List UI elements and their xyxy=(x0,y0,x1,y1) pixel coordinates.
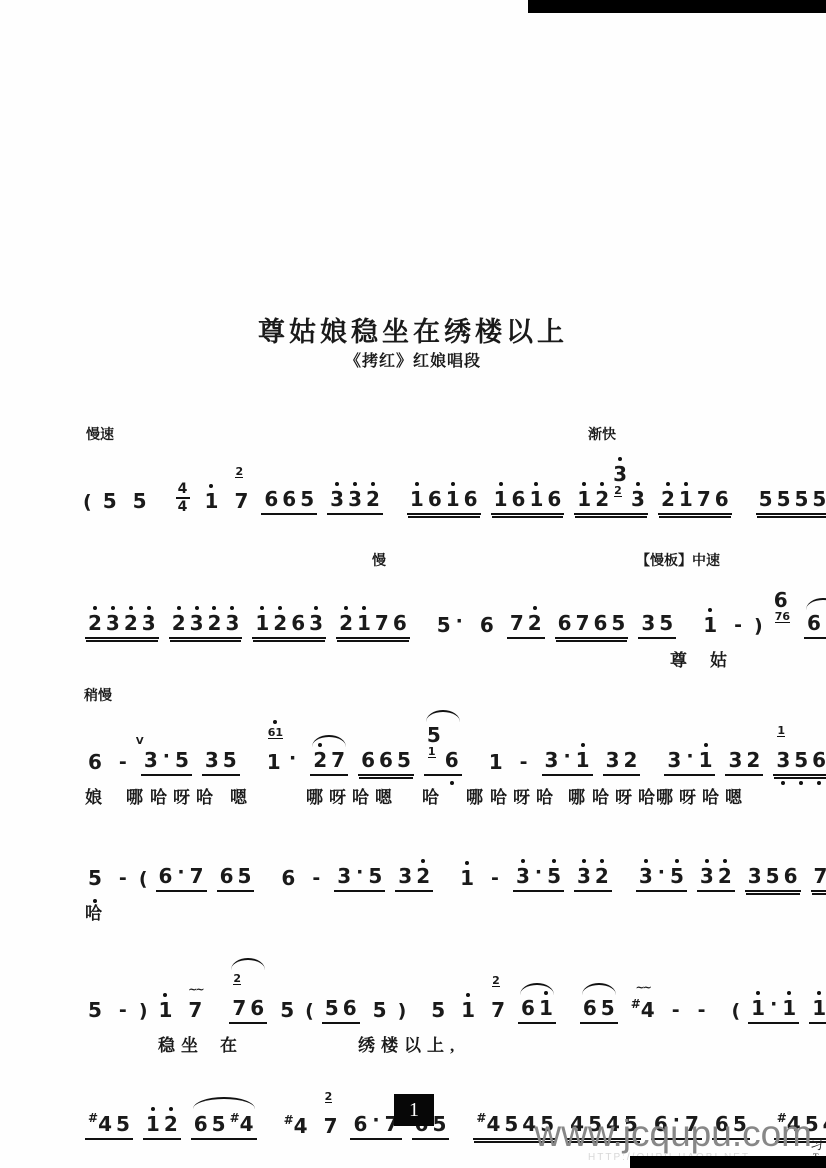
note: 1 xyxy=(492,489,510,510)
note: 3 xyxy=(604,750,622,771)
octave-dot-below xyxy=(817,781,821,785)
note: 5 xyxy=(657,613,675,634)
note-digit: 7 xyxy=(232,996,246,1020)
note-digit: 2 xyxy=(124,611,138,635)
note-digit: 4 xyxy=(823,1112,826,1136)
octave-dot-above xyxy=(415,482,419,486)
note-group: 6 xyxy=(477,613,497,639)
note-digit: 1 xyxy=(267,750,281,774)
note: 611 xyxy=(265,727,286,773)
note-digit: 2 xyxy=(624,748,638,772)
note: 4 xyxy=(821,1114,826,1135)
note: 3 xyxy=(726,750,744,771)
time-numerator: 4 xyxy=(178,482,188,497)
note: 2 xyxy=(622,750,640,771)
note-group: 1 xyxy=(700,613,720,639)
note-digit: 6 xyxy=(774,588,788,612)
note-group: 665 xyxy=(261,487,317,515)
note-digit: 3 xyxy=(330,487,344,511)
note: #4 xyxy=(228,1112,256,1135)
note-group: 1·1 xyxy=(748,993,799,1024)
note: 6 xyxy=(519,998,537,1019)
note-digit: 5 xyxy=(766,864,780,888)
note: 1 xyxy=(537,998,555,1019)
dash-note: - xyxy=(698,1001,706,1020)
note: 6 xyxy=(279,868,297,889)
lyric: 哪 xyxy=(466,783,489,808)
note-digit: 5 xyxy=(237,864,251,888)
note: 7~~ xyxy=(186,1000,204,1021)
note-group-slur: 65 xyxy=(580,996,618,1024)
note: 5 xyxy=(298,489,316,510)
note-digit: 3 xyxy=(106,611,120,635)
note-group: 332 xyxy=(327,487,383,515)
note-digit: 5 xyxy=(795,487,809,511)
note-digit: 6 xyxy=(250,996,264,1020)
note: 6 xyxy=(545,489,563,510)
octave-dot-above xyxy=(362,606,366,610)
octave-dot-above xyxy=(787,991,791,995)
note-group: 1 xyxy=(486,750,506,776)
score-line: 5-(6·7656-3·5321-3·5323·53235672↗6哈 xyxy=(80,845,790,923)
lyric: 绣楼以上, xyxy=(358,1031,460,1056)
note-digit: 1 xyxy=(489,750,503,774)
dash-note: - xyxy=(672,1001,680,1020)
note-group: 56 xyxy=(322,996,360,1024)
note: 2 xyxy=(271,613,289,634)
note: 1 xyxy=(458,868,476,889)
note-group-slur: 65 xyxy=(804,611,826,639)
note: 3 xyxy=(140,613,158,634)
note-digit: 6 xyxy=(715,487,729,511)
note: 6 xyxy=(157,866,175,887)
note: 3 xyxy=(665,750,683,771)
note: 6 xyxy=(426,489,444,510)
note-digit: 7 xyxy=(234,489,248,513)
note: 6 xyxy=(351,1114,369,1135)
note-group: 1356 xyxy=(773,723,826,776)
note-digit: 5 xyxy=(223,748,237,772)
note: 1 xyxy=(575,489,593,510)
octave-dot-above xyxy=(618,457,622,461)
note: 5 xyxy=(609,613,627,634)
note: 1 xyxy=(444,489,462,510)
note: 6 xyxy=(289,613,307,634)
note: 5 xyxy=(278,1000,296,1021)
note-digit: 1 xyxy=(812,996,826,1020)
tempo-row: 慢速渐快 xyxy=(80,424,790,446)
note: 2 xyxy=(122,613,140,634)
note-group: 665 xyxy=(358,748,414,776)
note: 3 xyxy=(575,866,593,887)
note-digit: 1 xyxy=(159,998,173,1022)
note-digit: 6 xyxy=(812,748,826,772)
octave-dot-above xyxy=(465,861,469,865)
grace-notes: 2 xyxy=(325,1091,333,1103)
note-digit: 7 xyxy=(576,611,590,635)
note: 5 xyxy=(235,866,253,887)
note: 3 xyxy=(335,866,353,887)
octave-dot-above xyxy=(209,484,213,488)
note-group-slur: 61 xyxy=(518,996,556,1024)
note: 5 xyxy=(371,1000,389,1021)
octave-dot-above xyxy=(177,606,181,610)
note: 1 xyxy=(574,750,592,771)
note: 5 xyxy=(210,1114,228,1135)
lyric: 哈 xyxy=(422,783,445,808)
octave-dot-above xyxy=(260,606,264,610)
lyric: 在 xyxy=(220,1031,243,1056)
note: 2 xyxy=(311,750,329,771)
note-digit: 6 xyxy=(194,1112,208,1136)
parenthesis: ( xyxy=(139,870,148,889)
note-digit: 7 xyxy=(324,1114,338,1138)
time-denominator: 4 xyxy=(178,500,188,515)
octave-dot-below xyxy=(799,781,803,785)
note: 6 xyxy=(218,866,236,887)
note-digit: 5 xyxy=(431,998,445,1022)
note-digit: 7 xyxy=(510,611,524,635)
lyric: 哪 xyxy=(568,783,591,808)
note-group: 5 xyxy=(85,998,105,1024)
note-group: 32 xyxy=(603,748,641,776)
note-digit: 5 xyxy=(547,864,561,888)
duration-dot: · xyxy=(563,747,570,766)
note: 1 xyxy=(749,998,767,1019)
note-group: #4 xyxy=(281,1112,311,1140)
lyric: 嗯 xyxy=(230,783,253,808)
parenthesis: ( xyxy=(305,1002,314,1021)
note-digit: 6 xyxy=(264,487,278,511)
note: 3 xyxy=(104,613,122,634)
octave-dot-above xyxy=(111,606,115,610)
dash-note: - xyxy=(734,616,742,635)
note-digit: 5 xyxy=(601,996,615,1020)
lyrics-row: 哈 xyxy=(80,899,790,923)
note: 5 xyxy=(793,489,811,510)
note: 3 xyxy=(203,750,221,771)
lyric: 尊 xyxy=(670,646,693,671)
note-digit: 3 xyxy=(776,748,790,772)
note-group: 65 xyxy=(217,864,255,892)
note: 2 xyxy=(337,613,355,634)
grace-notes: 61 xyxy=(268,727,283,739)
note: 6 xyxy=(262,489,280,510)
lyrics-row: 娘哪哈呀哈嗯哪呀哈嗯哈哪哈呀哈哪哈呀哈哪呀哈嗯 xyxy=(80,783,790,807)
note-digit: 3 xyxy=(639,864,653,888)
octave-dot-above xyxy=(212,606,216,610)
tempo-mark: 慢速 xyxy=(86,424,114,444)
note: 5 xyxy=(792,750,810,771)
note-group: 12323 xyxy=(574,462,648,515)
note-digit: 3 xyxy=(631,487,645,511)
note-group: 17 xyxy=(809,996,826,1024)
note-digit: 1 xyxy=(529,487,543,511)
note: 6 xyxy=(782,866,800,887)
note-digit: 4 xyxy=(294,1114,308,1138)
note-group: 72↗6 xyxy=(811,864,826,892)
note: 3 xyxy=(188,613,206,634)
score-line: 5-)17~~2765(565)51276165#4~~--(1·1176765… xyxy=(80,955,790,1055)
dash-note: - xyxy=(491,869,499,888)
note-digit: 3 xyxy=(398,864,412,888)
note-digit: 6 xyxy=(88,750,102,774)
dash-note: - xyxy=(119,753,127,772)
note: 3 xyxy=(223,613,241,634)
note: 5 xyxy=(764,866,782,887)
note-digit: 7 xyxy=(375,611,389,635)
notes-row: 5-)17~~2765(565)51276165#4~~--(1·1176765 xyxy=(80,955,790,1024)
note-digit: 7 xyxy=(188,998,202,1022)
note-group: #45 xyxy=(85,1110,133,1140)
music-score: 慢速渐快(55441276653321616161612323217655555… xyxy=(80,424,790,1140)
note-digit: 6 xyxy=(583,996,597,1020)
notes-row: 5-(6·7656-3·5321-3·5323·53235672↗6 xyxy=(80,845,790,892)
note: #4 xyxy=(282,1114,310,1137)
note-digit: 1 xyxy=(410,487,424,511)
octave-dot-above xyxy=(169,1107,173,1111)
octave-dot-above xyxy=(704,743,708,747)
note-digit: 3 xyxy=(205,748,219,772)
trill-mark: ~~ xyxy=(635,982,649,993)
note-digit: 5 xyxy=(175,748,189,772)
note: 27 xyxy=(232,466,250,512)
note-digit: 5 xyxy=(103,489,117,513)
score-line: 慢速渐快(55441276653321616161612323217655555… xyxy=(80,424,790,515)
tempo-mark: 渐快 xyxy=(588,424,616,444)
note-digit: 6 xyxy=(353,1112,367,1136)
note-digit: 2 xyxy=(339,611,353,635)
grace-notes: 2 xyxy=(233,973,241,985)
note-digit: 6 xyxy=(428,487,442,511)
note-digit: 1 xyxy=(576,748,590,772)
note: 32 xyxy=(611,464,629,510)
note: 1 xyxy=(355,613,373,634)
octave-dot-above xyxy=(600,482,604,486)
octave-dot-above xyxy=(353,482,357,486)
note: 5 xyxy=(366,866,384,887)
note: 6 xyxy=(280,489,298,510)
note: 2 xyxy=(414,866,432,887)
note-digit: 1 xyxy=(357,611,371,635)
note: 5 xyxy=(775,489,793,510)
note-digit: 5 xyxy=(368,864,382,888)
notes-row: 23232323126321765·6726765351-)67665 xyxy=(80,572,790,639)
note-group: 1616 xyxy=(491,487,565,515)
note: 3 xyxy=(637,866,655,887)
note-digit: 1 xyxy=(782,996,796,1020)
duration-dot: · xyxy=(770,995,777,1014)
note-digit: 5 xyxy=(280,998,294,1022)
octave-dot-above xyxy=(466,993,470,997)
lyric: 哈呀哈 xyxy=(592,783,661,808)
note-digit: 6 xyxy=(343,996,357,1020)
sharp-sign: # xyxy=(88,1111,98,1125)
note-digit: 3 xyxy=(700,864,714,888)
breath-mark: V xyxy=(136,737,144,747)
note-digit: 3 xyxy=(142,611,156,635)
note-digit: 2 xyxy=(172,611,186,635)
note: 7 xyxy=(508,613,526,634)
score-line: 慢【慢板】中速23232323126321765·6726765351-)676… xyxy=(80,550,790,670)
note-group: 3·1 xyxy=(664,745,715,776)
note-digit: 3 xyxy=(613,462,627,486)
octave-dot-above xyxy=(582,482,586,486)
octave-dot-above xyxy=(552,859,556,863)
note: 1 xyxy=(697,750,715,771)
note-group: 6 xyxy=(85,750,105,776)
note: 7 xyxy=(188,866,206,887)
octave-dot-above xyxy=(151,1107,155,1111)
note: 6 xyxy=(805,613,823,634)
octave-dot-above xyxy=(666,482,670,486)
dash-note: - xyxy=(312,869,320,888)
octave-dot-above xyxy=(195,606,199,610)
note: #4~~ xyxy=(629,998,657,1021)
note-group: 72 xyxy=(507,611,545,639)
note: 3 xyxy=(514,866,532,887)
parenthesis: ( xyxy=(731,1002,740,1021)
note: 5 xyxy=(131,491,149,512)
note: 1 xyxy=(144,1114,162,1135)
note-digit: 1 xyxy=(679,487,693,511)
parenthesis: ( xyxy=(83,493,92,512)
note-digit: 6 xyxy=(521,996,535,1020)
note-group: 6 xyxy=(278,866,298,892)
note: 1 xyxy=(203,491,221,512)
note: 3 xyxy=(639,613,657,634)
note: 3 xyxy=(396,866,414,887)
note-digit: 5 xyxy=(88,998,102,1022)
note: 7 xyxy=(695,489,713,510)
note-digit: 2 xyxy=(718,864,732,888)
note: 51 xyxy=(425,725,443,771)
note-group: 5 xyxy=(100,489,120,515)
note: 1 xyxy=(527,489,545,510)
note: 27 xyxy=(322,1091,340,1137)
note-digit: 5 xyxy=(116,1112,130,1136)
note-digit: 6 xyxy=(393,611,407,635)
note: 5 xyxy=(173,750,191,771)
octave-dot-above xyxy=(335,482,339,486)
lyric: 姑 xyxy=(710,646,733,671)
grace-notes: 2 xyxy=(235,466,243,478)
note-digit: 4 xyxy=(641,998,655,1022)
note-digit: 7 xyxy=(491,998,505,1022)
note-digit: 3 xyxy=(348,487,362,511)
note-group: 5 xyxy=(428,998,448,1024)
grace-notes: 1 xyxy=(428,746,436,758)
note: 6 xyxy=(248,998,266,1019)
note-digit: 7 xyxy=(190,864,204,888)
note: 5 xyxy=(810,489,826,510)
note-digit: 5 xyxy=(670,864,684,888)
note: 5 xyxy=(435,615,453,636)
note-group: 1 xyxy=(202,489,222,515)
octave-dot-above xyxy=(93,606,97,610)
note-digit: 6 xyxy=(807,611,821,635)
note-digit: 1 xyxy=(699,748,713,772)
note-group: 3·5 xyxy=(334,861,385,892)
duration-dot: · xyxy=(356,863,363,882)
note-digit: 2 xyxy=(313,748,327,772)
note-group: 2176 xyxy=(336,611,410,639)
note: 6 xyxy=(810,750,826,771)
note: 2 xyxy=(162,1114,180,1135)
note: 5 xyxy=(323,998,341,1019)
note: 2 xyxy=(593,866,611,887)
note-digit: 5 xyxy=(212,1112,226,1136)
note: 5 xyxy=(429,1000,447,1021)
note-group: 6765 xyxy=(555,611,629,639)
note: 2 xyxy=(659,489,677,510)
octave-dot-above xyxy=(163,993,167,997)
duration-dot: · xyxy=(289,749,296,768)
note-digit: 5 xyxy=(427,723,441,747)
octave-dot-above xyxy=(273,720,277,724)
note-digit: 2 xyxy=(366,487,380,511)
note-group: 27 xyxy=(488,973,508,1024)
note-group: 32 xyxy=(697,864,735,892)
octave-dot-above xyxy=(533,606,537,610)
note: 3 xyxy=(629,489,647,510)
note-digit: 1 xyxy=(494,487,508,511)
tempo-mark: 慢 xyxy=(372,550,386,570)
duration-dot: · xyxy=(686,747,693,766)
octave-dot-above xyxy=(708,608,712,612)
duration-dot: · xyxy=(372,1111,379,1130)
grace-notes: 1 xyxy=(777,725,785,737)
note-digit: 2 xyxy=(88,611,102,635)
sharp-sign: # xyxy=(284,1113,294,1127)
note: 6 xyxy=(443,750,461,771)
note-digit: 6 xyxy=(159,864,173,888)
note-digit: 2 xyxy=(164,1112,178,1136)
octave-dot-above xyxy=(684,482,688,486)
note-group: #4~~ xyxy=(628,996,658,1024)
octave-dot-above xyxy=(756,991,760,995)
note: 676 xyxy=(772,590,793,636)
note-group: 35 xyxy=(202,748,240,776)
note: 6 xyxy=(377,750,395,771)
note-group: 1616 xyxy=(407,487,481,515)
lyric: 哈 xyxy=(85,899,108,924)
bottom-black-bar xyxy=(630,1156,826,1168)
octave-dot-above xyxy=(421,859,425,863)
octave-dot-above xyxy=(371,482,375,486)
note-group-slur: 276 xyxy=(229,971,267,1024)
note-digit: 1 xyxy=(146,1112,160,1136)
octave-dot-above xyxy=(705,859,709,863)
note-digit: 3 xyxy=(190,611,204,635)
note-digit: 5 xyxy=(659,611,673,635)
octave-dot-above xyxy=(675,859,679,863)
note-group: 1 xyxy=(458,998,478,1024)
note: 6 xyxy=(478,615,496,636)
note-digit: 2 xyxy=(595,864,609,888)
lyric: 哪呀哈嗯 xyxy=(656,783,748,808)
note-digit: 2 xyxy=(661,487,675,511)
note: 5 xyxy=(221,750,239,771)
note-digit: 6 xyxy=(291,611,305,635)
note: 2 xyxy=(86,613,104,634)
note-digit: 5 xyxy=(759,487,773,511)
note: 3 xyxy=(307,613,325,634)
note: 1 xyxy=(408,489,426,510)
note: 5 xyxy=(86,868,104,889)
note-digit: 5 xyxy=(504,1112,518,1136)
note-digit: 2 xyxy=(528,611,542,635)
